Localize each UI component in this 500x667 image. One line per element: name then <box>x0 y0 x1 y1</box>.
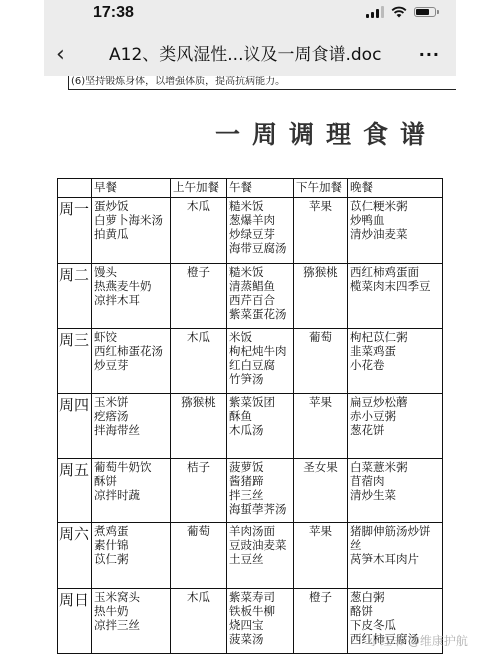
morning-snack-cell: 木瓜 <box>171 198 227 264</box>
dish: 木瓜汤 <box>229 423 291 437</box>
dinner-cell: 西红柿鸡蛋面 榄菜肉末四季豆 <box>348 264 443 329</box>
dish: 西红柿蛋花汤 <box>94 344 168 358</box>
back-button[interactable]: ‹ <box>56 38 65 72</box>
dish: 枸杞炖牛肉 <box>229 344 291 358</box>
page-title: 一周调理食谱 <box>215 115 437 151</box>
morning-snack-cell: 猕猴桃 <box>171 394 227 459</box>
dish: 苡仁粳米粥 <box>350 199 440 213</box>
table-row: 周五 葡萄牛奶饮 酥饼 凉拌时蔬 桔子 菠萝饭 酱猪蹄 拌三丝 海蜇荸荠汤 圣女… <box>58 459 443 523</box>
dish: 酥鱼 <box>229 409 291 423</box>
wifi-icon <box>391 6 407 18</box>
dish: 羊肉汤面 <box>229 524 291 538</box>
dish: 热牛奶 <box>94 604 168 618</box>
table-row: 周六 煮鸡蛋 素什锦 苡仁粥 葡萄 羊肉汤面 豆豉油麦菜 土豆丝 苹果 猪脚伸筋… <box>58 523 443 589</box>
morning-snack-cell: 橙子 <box>171 264 227 329</box>
dish: 小花卷 <box>350 358 440 372</box>
lunch-cell: 羊肉汤面 豆豉油麦菜 土豆丝 <box>227 523 294 589</box>
dish: 清炒生菜 <box>350 488 440 502</box>
morning-snack-cell: 木瓜 <box>171 329 227 394</box>
afternoon-snack-cell: 苹果 <box>294 394 348 459</box>
table-row: 周三 虾饺 西红柿蛋花汤 炒豆芽 木瓜 米饭 枸杞炖牛肉 红白豆腐 竹笋汤 葡萄… <box>58 329 443 394</box>
dish: 西芹百合 <box>229 293 291 307</box>
dish: 拌三丝 <box>229 488 291 502</box>
dish: 海蜇荸荠汤 <box>229 502 291 516</box>
dinner-cell: 猪脚伸筋汤炒饼 丝 莴笋木耳肉片 <box>348 523 443 589</box>
top-area: 17:38 ‹ A12、类风湿性...议及一周食谱.doc ··· <box>44 0 456 76</box>
dish: 疙瘩汤 <box>94 409 168 423</box>
day-cell: 周五 <box>58 459 92 523</box>
dish: 苡仁粥 <box>94 552 168 566</box>
dish: 菠菜汤 <box>229 632 291 646</box>
dish: 榄菜肉末四季豆 <box>350 279 440 293</box>
morning-snack-cell: 桔子 <box>171 459 227 523</box>
dish: 拌海带丝 <box>94 423 168 437</box>
weekly-menu-table: 早餐 上午加餐 午餐 下午加餐 晚餐 周一 蛋炒饭 白萝卜海米汤 拍黄瓜 木瓜 … <box>57 178 443 654</box>
header-day <box>58 179 92 198</box>
afternoon-snack-cell: 猕猴桃 <box>294 264 348 329</box>
afternoon-snack-cell: 苹果 <box>294 198 348 264</box>
dish: 白萝卜海米汤 <box>94 213 168 227</box>
dish: 炒豆芽 <box>94 358 168 372</box>
breakfast-cell: 蛋炒饭 白萝卜海米汤 拍黄瓜 <box>92 198 171 264</box>
breakfast-cell: 馒头 热燕麦牛奶 凉拌木耳 <box>92 264 171 329</box>
dish: 素什锦 <box>94 538 168 552</box>
dish: 扁豆炒松蘑 <box>350 395 440 409</box>
dish: 豆豉油麦菜 <box>229 538 291 552</box>
dish: 炒绿豆芽 <box>229 227 291 241</box>
battery-icon <box>414 7 436 17</box>
dish: 糙米饭 <box>229 199 291 213</box>
header-morning-snack: 上午加餐 <box>171 179 227 198</box>
dish: 丝 <box>350 538 440 552</box>
day-cell: 周四 <box>58 394 92 459</box>
dish: 葱爆羊肉 <box>229 213 291 227</box>
dish: 凉拌时蔬 <box>94 488 168 502</box>
previous-paragraph: (6)坚持锻炼身体，以增强体质，提高抗病能力。 <box>68 76 456 90</box>
lunch-cell: 紫菜寿司 铁板牛柳 烧四宝 菠菜汤 <box>227 589 294 654</box>
dish: 糙米饭 <box>229 265 291 279</box>
table-row: 周四 玉米饼 疙瘩汤 拌海带丝 猕猴桃 紫菜饭团 酥鱼 木瓜汤 苹果 扁豆炒松蘑… <box>58 394 443 459</box>
header-breakfast: 早餐 <box>92 179 171 198</box>
watermark: 小红书 @维康护航 <box>368 632 468 649</box>
dish: 凉拌三丝 <box>94 618 168 632</box>
status-bar: 17:38 <box>44 0 456 30</box>
dish: 猪脚伸筋汤炒饼 <box>350 524 440 538</box>
header-dinner: 晚餐 <box>348 179 443 198</box>
lunch-cell: 糙米饭 清蒸鲳鱼 西芹百合 紫菜蛋花汤 <box>227 264 294 329</box>
dish: 菠萝饭 <box>229 460 291 474</box>
dish: 馒头 <box>94 265 168 279</box>
day-cell: 周六 <box>58 523 92 589</box>
status-time: 17:38 <box>93 4 134 22</box>
dish: 紫菜寿司 <box>229 590 291 604</box>
dish: 葡萄牛奶饮 <box>94 460 168 474</box>
dinner-cell: 苡仁粳米粥 炒鸭血 清炒油麦菜 <box>348 198 443 264</box>
nav-bar: ‹ A12、类风湿性...议及一周食谱.doc ··· <box>44 38 456 72</box>
dish: 铁板牛柳 <box>229 604 291 618</box>
dish: 苜蓿肉 <box>350 474 440 488</box>
table-row: 周二 馒头 热燕麦牛奶 凉拌木耳 橙子 糙米饭 清蒸鲳鱼 西芹百合 紫菜蛋花汤 … <box>58 264 443 329</box>
afternoon-snack-cell: 圣女果 <box>294 459 348 523</box>
day-cell: 周日 <box>58 589 92 654</box>
breakfast-cell: 煮鸡蛋 素什锦 苡仁粥 <box>92 523 171 589</box>
day-cell: 周二 <box>58 264 92 329</box>
dish: 葱花饼 <box>350 423 440 437</box>
header-lunch: 午餐 <box>227 179 294 198</box>
dish: 虾饺 <box>94 330 168 344</box>
dish: 清炒油麦菜 <box>350 227 440 241</box>
lunch-cell: 糙米饭 葱爆羊肉 炒绿豆芽 海带豆腐汤 <box>227 198 294 264</box>
more-options-button[interactable]: ··· <box>419 38 440 72</box>
signal-icon <box>366 6 384 18</box>
table-row: 周一 蛋炒饭 白萝卜海米汤 拍黄瓜 木瓜 糙米饭 葱爆羊肉 炒绿豆芽 海带豆腐汤… <box>58 198 443 264</box>
breakfast-cell: 玉米窝头 热牛奶 凉拌三丝 <box>92 589 171 654</box>
dish: 米饭 <box>229 330 291 344</box>
lunch-cell: 紫菜饭团 酥鱼 木瓜汤 <box>227 394 294 459</box>
afternoon-snack-cell: 葡萄 <box>294 329 348 394</box>
dish: 炒鸭血 <box>350 213 440 227</box>
dish: 酪饼 <box>350 604 440 618</box>
lunch-cell: 米饭 枸杞炖牛肉 红白豆腐 竹笋汤 <box>227 329 294 394</box>
dish: 下皮冬瓜 <box>350 618 440 632</box>
dish: 红白豆腐 <box>229 358 291 372</box>
afternoon-snack-cell: 苹果 <box>294 523 348 589</box>
breakfast-cell: 葡萄牛奶饮 酥饼 凉拌时蔬 <box>92 459 171 523</box>
status-icons <box>366 6 436 18</box>
dish: 海带豆腐汤 <box>229 241 291 255</box>
dish: 西红柿鸡蛋面 <box>350 265 440 279</box>
dish: 枸杞苡仁粥 <box>350 330 440 344</box>
dish: 土豆丝 <box>229 552 291 566</box>
dish: 凉拌木耳 <box>94 293 168 307</box>
dinner-cell: 扁豆炒松蘑 赤小豆粥 葱花饼 <box>348 394 443 459</box>
breakfast-cell: 虾饺 西红柿蛋花汤 炒豆芽 <box>92 329 171 394</box>
dinner-cell: 白菜薏米粥 苜蓿肉 清炒生菜 <box>348 459 443 523</box>
dish: 煮鸡蛋 <box>94 524 168 538</box>
lunch-cell: 菠萝饭 酱猪蹄 拌三丝 海蜇荸荠汤 <box>227 459 294 523</box>
dish: 玉米饼 <box>94 395 168 409</box>
morning-snack-cell: 木瓜 <box>171 589 227 654</box>
breakfast-cell: 玉米饼 疙瘩汤 拌海带丝 <box>92 394 171 459</box>
dish: 白菜薏米粥 <box>350 460 440 474</box>
dish: 韭菜鸡蛋 <box>350 344 440 358</box>
table-header-row: 早餐 上午加餐 午餐 下午加餐 晚餐 <box>58 179 443 198</box>
afternoon-snack-cell: 橙子 <box>294 589 348 654</box>
dish: 葱白粥 <box>350 590 440 604</box>
dish: 赤小豆粥 <box>350 409 440 423</box>
dish: 拍黄瓜 <box>94 227 168 241</box>
dish: 烧四宝 <box>229 618 291 632</box>
dish: 玉米窝头 <box>94 590 168 604</box>
morning-snack-cell: 葡萄 <box>171 523 227 589</box>
day-cell: 周一 <box>58 198 92 264</box>
day-cell: 周三 <box>58 329 92 394</box>
dish: 酱猪蹄 <box>229 474 291 488</box>
dish: 蛋炒饭 <box>94 199 168 213</box>
document-title: A12、类风湿性...议及一周食谱.doc <box>109 38 381 72</box>
dish: 热燕麦牛奶 <box>94 279 168 293</box>
dish: 紫菜饭团 <box>229 395 291 409</box>
dish: 紫菜蛋花汤 <box>229 307 291 321</box>
dish: 竹笋汤 <box>229 372 291 386</box>
dinner-cell: 枸杞苡仁粥 韭菜鸡蛋 小花卷 <box>348 329 443 394</box>
header-afternoon-snack: 下午加餐 <box>294 179 348 198</box>
dish: 清蒸鲳鱼 <box>229 279 291 293</box>
dish: 莴笋木耳肉片 <box>350 552 440 566</box>
dish: 酥饼 <box>94 474 168 488</box>
